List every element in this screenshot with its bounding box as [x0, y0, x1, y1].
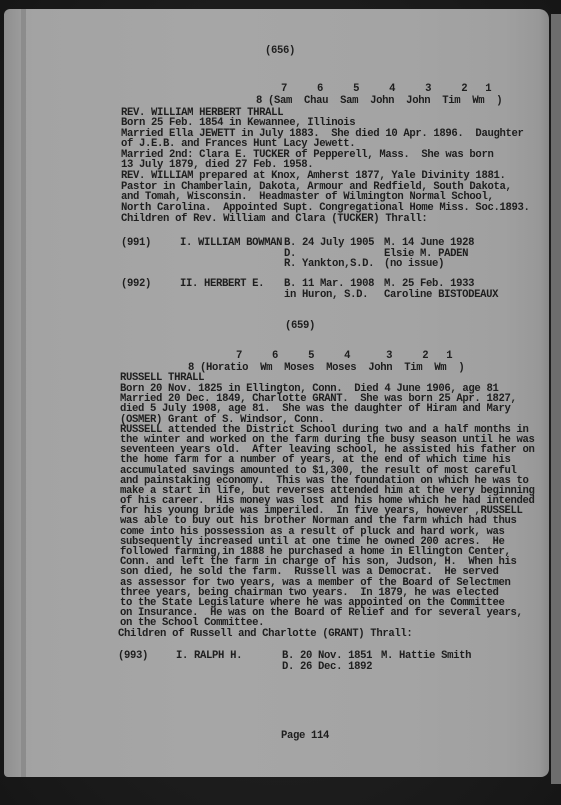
ancestry-line: 8 (Sam Chau Sam John John Tim Wm ) — [256, 95, 502, 108]
biography-line: REV. WILLIAM prepared at Knox, Amherst 1… — [121, 171, 530, 182]
child-vitals: D. 26 Dec. 1892 — [282, 661, 372, 674]
child-name: II. HERBERT E. — [180, 278, 264, 291]
biography-text: Born 20 Nov. 1825 in Ellington, Conn. Di… — [120, 384, 535, 629]
biography-line: the home farm for a number of years, at … — [120, 455, 535, 465]
children-heading: Children of Russell and Charlotte (GRANT… — [118, 628, 412, 641]
child-entry-number: (993) — [118, 650, 148, 663]
child-marriage: M. Hattie Smith — [381, 650, 471, 663]
child-entry-number: (992) — [121, 278, 151, 291]
biography-line: North Carolina. Appointed Supt. Congrega… — [121, 203, 530, 214]
child-entry-number: (991) — [121, 237, 151, 250]
entry-number: (659) — [285, 320, 315, 333]
child-name: I. WILLIAM BOWMAN — [180, 237, 282, 250]
child-marriage: (no issue) — [384, 258, 444, 271]
child-name: I. RALPH H. — [176, 650, 242, 663]
biography-line: Born 25 Feb. 1854 in Kewannee, Illinois — [121, 118, 530, 129]
entry-number: (656) — [265, 45, 295, 58]
child-vitals: in Huron, S.D. — [284, 289, 368, 302]
page-number: Page 114 — [281, 730, 329, 743]
biography-line: on the School Committee. — [120, 618, 535, 628]
child-marriage: Caroline BISTODEAUX — [384, 289, 498, 302]
children-heading: Children of Rev. William and Clara (TUCK… — [121, 213, 427, 226]
adjacent-page-edge — [551, 14, 561, 784]
child-vitals: B. 24 July 1905 — [284, 237, 374, 250]
child-vitals: R. Yankton,S.D. — [284, 258, 374, 271]
ancestry-line: 8 (Horatio Wm Moses Moses John Tim Wm ) — [188, 362, 464, 375]
biography-text: Born 25 Feb. 1854 in Kewannee, IllinoisM… — [121, 118, 530, 213]
